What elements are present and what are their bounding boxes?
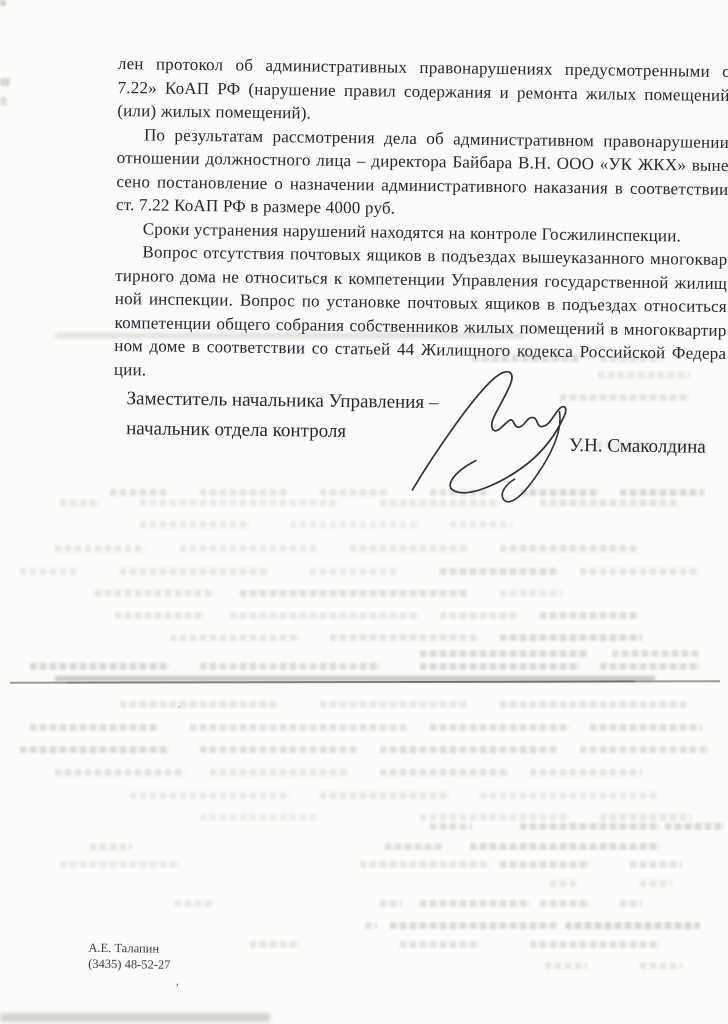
stray-mark: ,	[176, 974, 179, 989]
scanned-document-page: { "document": { "body_lines": [ {"text":…	[0, 0, 728, 1024]
body-text: лен протокол об административных правона…	[114, 52, 728, 389]
document-page: ' лен протокол об административных право…	[0, 0, 728, 1024]
executor-footer: А.Е. Талапин (3435) 48-52-27	[88, 941, 171, 973]
handwritten-signature	[400, 358, 577, 515]
executor-phone: (3435) 48-52-27	[88, 956, 170, 973]
printed-text-layer: лен протокол об административных правона…	[0, 0, 728, 1024]
signer-name: У.Н. Смаколдина	[569, 435, 706, 459]
executor-name: А.Е. Талапин	[88, 941, 170, 958]
